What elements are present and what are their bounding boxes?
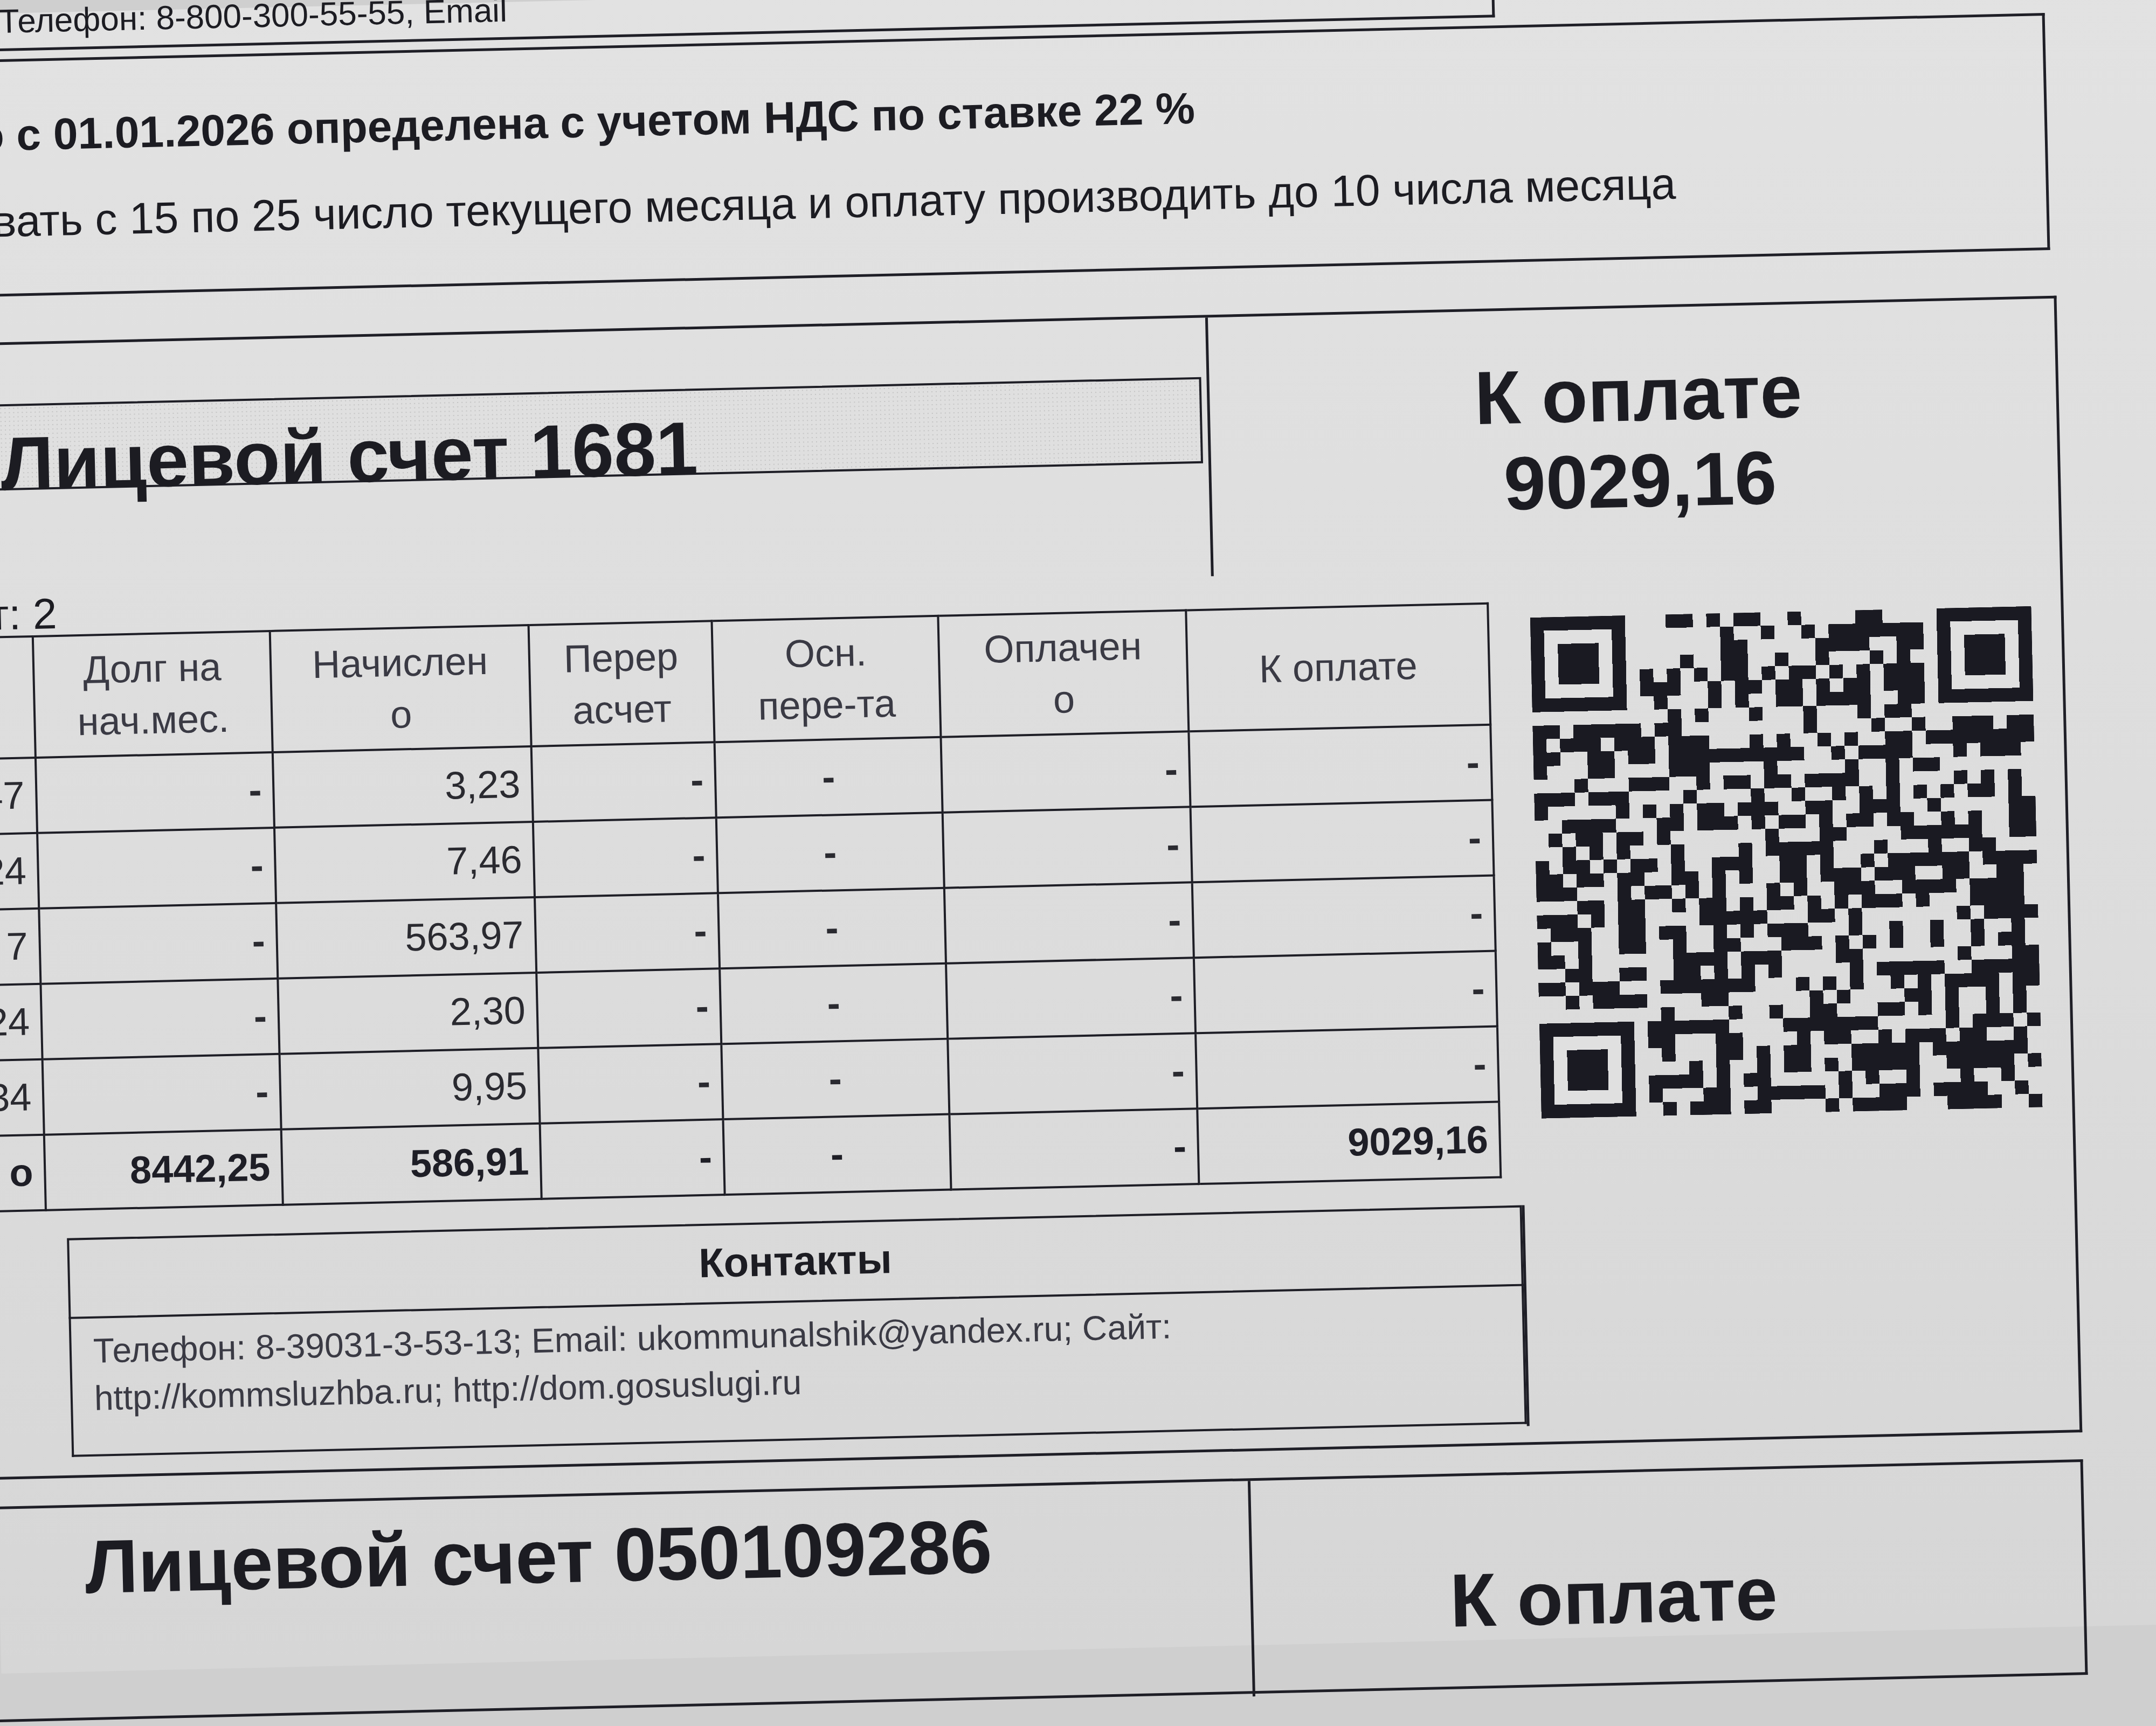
cell-charged: 3,23 (273, 746, 533, 828)
cell-paid: - (944, 882, 1194, 963)
cell-overpay: - (721, 1039, 949, 1119)
cell-tariff: 7 (0, 909, 40, 986)
cell-debt: - (37, 828, 276, 909)
vat-notice: ю с 01.01.2026 определена с учетом НДС п… (0, 84, 1196, 162)
cell-to-pay: - (1196, 1027, 1499, 1109)
col-header-paid: Оплачен о (938, 610, 1188, 737)
payment-schedule-notice: авать с 15 по 25 число текущего месяца и… (0, 159, 1676, 248)
cell-paid: - (941, 731, 1190, 812)
cell-overpay: - (715, 737, 943, 817)
charges-table: м Долг на нач.мес. Начислен о Перер асче… (0, 602, 1502, 1214)
cell-paid: - (949, 1108, 1199, 1189)
cell-charged: 563,97 (276, 897, 536, 979)
cell-debt: 8442,25 (44, 1129, 283, 1210)
divider (1205, 317, 1214, 576)
cell-charged: 9,95 (279, 1048, 540, 1129)
provider-phone: Телефон: 8-800-300-55-55, Email (0, 0, 508, 41)
to-pay-amount: 9029,16 (1370, 431, 1910, 531)
cell-to-pay: - (1194, 951, 1497, 1034)
cell-debt: - (39, 903, 278, 984)
cell-charged: 7,46 (274, 822, 535, 903)
account-title: Лицевой счет 1681 (0, 405, 699, 508)
qr-code-icon (1530, 606, 2043, 1119)
account-block: Лицевой счет 1681 К оплате 9029,16 ет: 2… (0, 296, 2082, 1480)
col-header-charged: Начислен о (270, 625, 531, 752)
cell-paid: - (946, 958, 1196, 1038)
cell-recalc: - (538, 1044, 723, 1124)
next-account-block: Лицевой счет 050109286 К оплате (0, 1459, 2088, 1623)
col-header-overpay: Осн. пере-та (711, 616, 941, 742)
cell-overpay: - (716, 813, 944, 893)
cell-overpay: - (718, 888, 946, 968)
cell-paid: - (948, 1033, 1197, 1114)
cell-charged: 586,91 (281, 1124, 542, 1205)
col-header-debt: Долг на нач.мес. (33, 631, 273, 758)
next-to-pay-label: К оплате (1449, 1550, 1778, 1623)
cell-recalc: - (533, 817, 718, 897)
cell-tariff: 47 (0, 758, 37, 835)
cell-to-pay: 9029,16 (1197, 1101, 1501, 1184)
notice-box: ю с 01.01.2026 определена с учетом НДС п… (0, 13, 2050, 297)
cell-overpay: - (723, 1114, 951, 1195)
next-account-title: Лицевой счет 050109286 (84, 1503, 993, 1611)
cell-debt: - (36, 752, 274, 833)
cell-paid: - (943, 807, 1192, 888)
cell-to-pay: - (1192, 876, 1496, 958)
cell-to-pay: - (1191, 800, 1494, 883)
cell-to-pay: - (1188, 725, 1492, 807)
cell-debt: - (43, 1054, 281, 1135)
col-header-to-pay: К оплате (1186, 604, 1490, 732)
cell-tariff: о (0, 1135, 46, 1212)
cell-recalc: - (531, 742, 716, 822)
to-pay-label: К оплате (1368, 345, 1909, 445)
meter-count-label: ет: 2 (0, 589, 57, 641)
cell-tariff: 24 (0, 833, 39, 911)
cell-recalc: - (535, 893, 720, 973)
cell-tariff: 24 (0, 984, 43, 1062)
col-header-tariff: м (0, 636, 36, 760)
cell-charged: 2,30 (278, 973, 538, 1054)
col-header-recalc: Перер асчет (529, 621, 715, 746)
cell-debt: - (40, 979, 279, 1059)
cell-tariff: 34 (0, 1059, 44, 1137)
cell-overpay: - (720, 963, 948, 1044)
cell-recalc: - (540, 1119, 725, 1199)
cell-recalc: - (536, 968, 721, 1048)
utility-bill-page: Телефон: 8-800-300-55-55, Email ю с 01.0… (0, 0, 2156, 1623)
divider (1248, 1481, 1255, 1623)
